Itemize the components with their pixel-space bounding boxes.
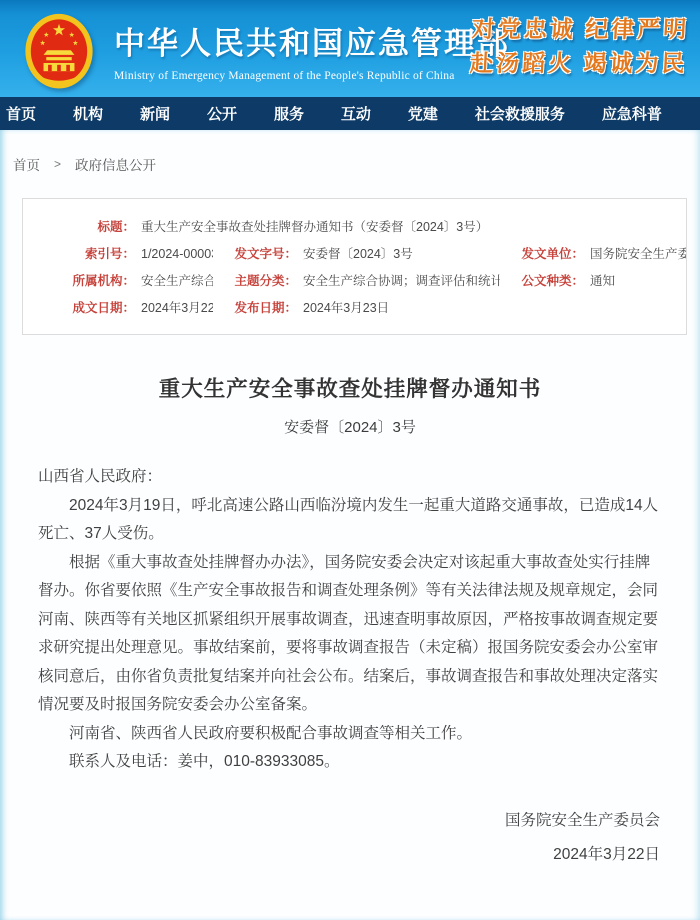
document-paragraph-3: 河南省、陕西省人民政府要积极配合事故调查等相关工作。 <box>38 720 662 749</box>
meta-written-date-label: 成文日期： <box>23 298 135 316</box>
slogan-line-1: 对党忠诚 纪律严明 <box>471 12 690 46</box>
meta-agency: 所属机构： 安全生产综合协调司 <box>23 271 213 289</box>
nav-item-party-building[interactable]: 党建 <box>408 103 438 124</box>
document-signature: 国务院安全生产委员会 2024年3月22日 <box>38 804 662 872</box>
meta-topic: 主题分类： 安全生产综合协调；调查评估和统计 <box>213 271 500 289</box>
meta-publish-date: 发布日期： 2024年3月23日 <box>213 298 500 316</box>
document-paragraph-1: 2024年3月19日，呼北高速公路山西临汾境内发生一起重大道路交通事故，已造成1… <box>38 492 662 549</box>
signature-organization: 国务院安全生产委员会 <box>38 804 660 838</box>
meta-doc-type-value: 通知 <box>590 271 615 289</box>
meta-index-no-label: 索引号： <box>23 244 135 262</box>
document-metadata-box: 标题： 重大生产安全事故查处挂牌督办通知书（安委督〔2024〕3号） 索引号： … <box>22 198 687 335</box>
meta-topic-label: 主题分类： <box>213 271 297 289</box>
signature-date: 2024年3月22日 <box>38 838 660 872</box>
nav-item-home[interactable]: 首页 <box>6 103 36 124</box>
meta-doc-type-label: 公文种类： <box>500 271 584 289</box>
slogan-line-2: 赴汤蹈火 竭诚为民 <box>469 46 688 80</box>
page: 中华人民共和国应急管理部 Ministry of Emergency Manag… <box>0 0 700 920</box>
document-number: 安委督〔2024〕3号 <box>38 416 662 437</box>
nav-item-services[interactable]: 服务 <box>274 103 304 124</box>
meta-written-date-value: 2024年3月22日 <box>141 298 213 316</box>
meta-title-value: 重大生产安全事故查处挂牌督办通知书（安委督〔2024〕3号） <box>141 217 488 235</box>
document-body: 山西省人民政府： 2024年3月19日，呼北高速公路山西临汾境内发生一起重大道路… <box>38 463 662 777</box>
breadcrumb-current[interactable]: 政府信息公开 <box>75 154 156 174</box>
breadcrumb-home-link[interactable]: 首页 <box>13 154 40 174</box>
meta-issuing-unit-label: 发文单位： <box>500 244 584 262</box>
meta-index-no-value: 1/2024-00003 <box>141 247 213 261</box>
site-header: 中华人民共和国应急管理部 Ministry of Emergency Manag… <box>0 0 700 97</box>
meta-written-date: 成文日期： 2024年3月22日 <box>23 298 213 316</box>
site-titles: 中华人民共和国应急管理部 Ministry of Emergency Manag… <box>114 18 510 82</box>
document-content: 重大生产安全事故查处挂牌督办通知书 安委督〔2024〕3号 山西省人民政府： 2… <box>0 372 700 872</box>
meta-agency-value: 安全生产综合协调司 <box>141 271 213 289</box>
site-title-cn: 中华人民共和国应急管理部 <box>114 18 510 63</box>
nav-item-emergency-science[interactable]: 应急科普 <box>602 103 662 124</box>
meta-doc-no-label: 发文字号： <box>213 244 297 262</box>
breadcrumb: 首页 > 政府信息公开 <box>0 130 700 198</box>
meta-issuing-unit-value: 国务院安全生产委员会 <box>590 244 686 262</box>
meta-doc-no-value: 安委督〔2024〕3号 <box>303 244 413 262</box>
meta-topic-value: 安全生产综合协调；调查评估和统计 <box>303 271 500 289</box>
document-title: 重大生产安全事故查处挂牌督办通知书 <box>38 372 662 403</box>
meta-issuing-unit: 发文单位： 国务院安全生产委员会 <box>500 244 686 262</box>
main-nav: 首页 机构 新闻 公开 服务 互动 党建 社会救援服务 应急科普 <box>0 97 700 130</box>
meta-title-label: 标题： <box>23 217 135 235</box>
document-paragraph-2: 根据《重大事故查处挂牌督办办法》，国务院安委会决定对该起重大事故查处实行挂牌督办… <box>38 549 662 720</box>
national-emblem-icon <box>22 13 96 93</box>
breadcrumb-separator: > <box>54 157 61 171</box>
nav-item-organization[interactable]: 机构 <box>73 103 103 124</box>
document-salutation: 山西省人民政府： <box>38 463 662 492</box>
meta-doc-type: 公文种类： 通知 <box>500 271 686 289</box>
meta-index-no: 索引号： 1/2024-00003 <box>23 244 213 262</box>
nav-item-disclosure[interactable]: 公开 <box>207 103 237 124</box>
document-paragraph-4: 联系人及电话：姜中，010-83933085。 <box>38 748 662 777</box>
meta-title: 标题： 重大生产安全事故查处挂牌督办通知书（安委督〔2024〕3号） <box>23 217 686 235</box>
meta-publish-date-value: 2024年3月23日 <box>303 298 389 316</box>
nav-item-news[interactable]: 新闻 <box>140 103 170 124</box>
page-body: 首页 > 政府信息公开 标题： 重大生产安全事故查处挂牌督办通知书（安委督〔20… <box>0 130 700 920</box>
meta-publish-date-label: 发布日期： <box>213 298 297 316</box>
nav-item-social-rescue[interactable]: 社会救援服务 <box>475 103 565 124</box>
site-title-en: Ministry of Emergency Management of the … <box>114 70 510 82</box>
header-slogans: 对党忠诚 纪律严明 赴汤蹈火 竭诚为民 <box>469 12 690 80</box>
meta-doc-no: 发文字号： 安委督〔2024〕3号 <box>213 244 500 262</box>
nav-item-interaction[interactable]: 互动 <box>341 103 371 124</box>
meta-agency-label: 所属机构： <box>23 271 135 289</box>
